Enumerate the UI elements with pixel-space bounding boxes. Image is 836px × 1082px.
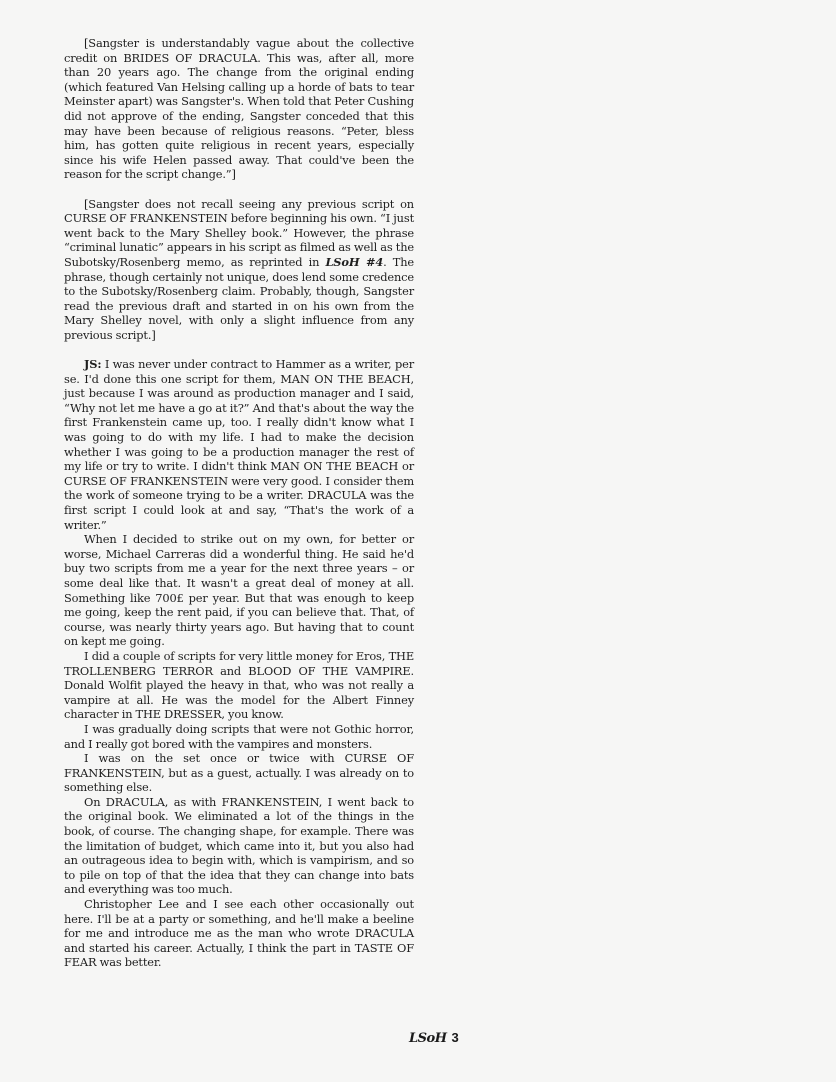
paragraph-christopher-lee: Christopher Lee and I see each other occ… xyxy=(64,897,414,970)
paragraph-curse-of-frankenstein-note: [Sangster does not recall seeing any pre… xyxy=(64,197,414,343)
article-body: [Sangster is understandably vague about … xyxy=(64,36,414,970)
paragraph-interview-answer: JS: I was never under contract to Hammer… xyxy=(64,357,414,532)
paragraph-text: When I decided to strike out on my own, … xyxy=(64,532,414,648)
paragraph-on-set: I was on the set once or twice with CURS… xyxy=(64,751,414,795)
paragraph-gothic-horror: I was gradually doing scripts that were … xyxy=(64,722,414,751)
paragraph-text: On DRACULA, as with FRANKENSTEIN, I went… xyxy=(64,795,414,897)
paragraph-carreras-deal: When I decided to strike out on my own, … xyxy=(64,532,414,649)
page-number: 3 xyxy=(451,1030,459,1045)
publication-logo: LSoH xyxy=(409,1031,446,1046)
paragraph-brides-of-dracula-note: [Sangster is understandably vague about … xyxy=(64,36,414,182)
paragraph-text: I did a couple of scripts for very littl… xyxy=(64,649,414,721)
page-footer: LSoH3 xyxy=(409,1030,459,1046)
paragraph-text: I was gradually doing scripts that were … xyxy=(64,722,414,751)
paragraph-dracula-adaptation: On DRACULA, as with FRANKENSTEIN, I went… xyxy=(64,795,414,897)
paragraph-text: I was never under contract to Hammer as … xyxy=(64,357,414,532)
paragraph-eros-scripts: I did a couple of scripts for very littl… xyxy=(64,649,414,722)
publication-reference: LSoH #4 xyxy=(325,255,383,269)
paragraph-text: [Sangster is understandably vague about … xyxy=(64,36,414,181)
speaker-label: JS: xyxy=(84,357,101,371)
paragraph-text: I was on the set once or twice with CURS… xyxy=(64,751,414,794)
paragraph-text: Christopher Lee and I see each other occ… xyxy=(64,897,414,969)
